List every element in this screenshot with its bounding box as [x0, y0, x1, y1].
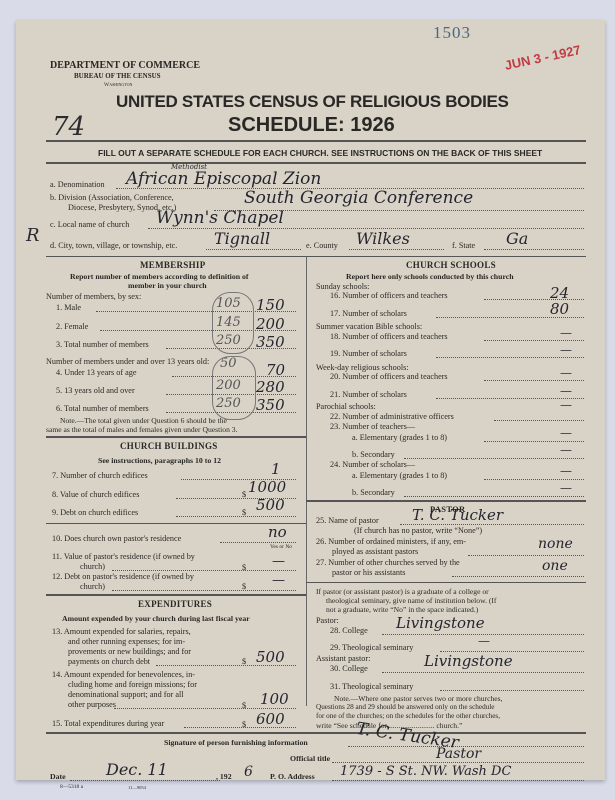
- schools-heading: CHURCH SCHOOLS: [406, 260, 496, 270]
- local-name-field[interactable]: Wynn's Chapel: [156, 208, 284, 228]
- received-date-stamp: JUN 3 - 1927: [503, 42, 582, 73]
- q28-label: 28. College: [330, 626, 368, 635]
- address-line: [332, 780, 584, 781]
- circled-annotation-2: [212, 356, 256, 420]
- q19-line: [436, 357, 584, 358]
- buildings-subheading: See instructions, paragraphs 10 to 12: [98, 456, 221, 465]
- weekday-schools-label: Week-day religious schools:: [316, 363, 409, 372]
- q13-line-2: and other running expenses; for im-: [68, 637, 185, 646]
- buildings-rule: [46, 594, 306, 596]
- expenditures-heading: EXPENDITURES: [138, 599, 212, 609]
- q26-field[interactable]: none: [538, 536, 573, 552]
- membership-note-2: same as the total of males and females g…: [46, 425, 237, 434]
- membership-rule: [46, 436, 306, 438]
- q18-line: [484, 340, 584, 341]
- edifice-debt-field[interactable]: 500: [256, 496, 285, 514]
- buildings-mid-rule: [46, 523, 306, 524]
- schools-rule: [306, 500, 586, 502]
- assistant-sublabel: Assistant pastor:: [316, 654, 370, 663]
- q14-field[interactable]: 100: [260, 690, 289, 708]
- q13-line-3: provements or new buildings; and for: [68, 647, 191, 656]
- pastor-mid-rule: [306, 582, 586, 583]
- schedule-title: SCHEDULE: 1926: [228, 114, 395, 137]
- pastor-sublabel: Pastor:: [316, 616, 339, 625]
- bureau-name: BUREAU OF THE CENSUS: [74, 72, 161, 80]
- q23b-line: [404, 458, 584, 459]
- q24b-field[interactable]: —: [560, 481, 572, 495]
- q27-label-1: 27. Number of other churches served by t…: [316, 558, 460, 567]
- edifices-label: 7. Number of church edifices: [52, 471, 148, 480]
- date-field[interactable]: Dec. 11: [106, 760, 168, 779]
- q30-field[interactable]: Livingstone: [424, 652, 513, 670]
- q13-line-4: payments on church debt: [68, 657, 150, 666]
- city-label: d. City, town, village, or township, etc…: [50, 241, 177, 250]
- circled-annotation-1: [212, 292, 254, 354]
- residence-debt-label: 12. Debt on pastor's residence (if owned…: [52, 572, 194, 581]
- q20-label: 20. Number of officers and teachers: [330, 372, 448, 381]
- q24b-label: b. Secondary: [352, 488, 395, 497]
- total-members-field[interactable]: 350: [256, 333, 285, 351]
- q14-line: [114, 708, 296, 709]
- q25-hint: (If church has no pastor, write “None”): [354, 526, 482, 535]
- q23b-field[interactable]: —: [560, 443, 572, 457]
- q21-label: 21. Number of scholars: [330, 390, 407, 399]
- total-members-label: 3. Total number of members: [56, 340, 149, 349]
- buildings-heading: CHURCH BUILDINGS: [120, 441, 218, 451]
- female-field[interactable]: 200: [256, 315, 285, 333]
- identity-rule: [46, 256, 586, 257]
- q24b-line: [404, 496, 584, 497]
- division-field[interactable]: South Georgia Conference: [244, 188, 473, 208]
- banner-rule: [46, 162, 586, 164]
- sunday-schools-label: Sunday schools:: [316, 282, 369, 291]
- pastor-name-field[interactable]: T. C. Tucker: [412, 506, 503, 524]
- q23-label: 23. Number of teachers—: [330, 422, 415, 431]
- q24a-field[interactable]: —: [560, 464, 572, 478]
- address-label: P. O. Address: [270, 772, 315, 781]
- q14-line-4: other purposes: [68, 700, 116, 709]
- membership-subheading-2: member in your church: [128, 281, 207, 290]
- q15-label: 15. Total expenditures during year: [52, 719, 164, 728]
- official-title-field[interactable]: Pastor: [436, 746, 481, 762]
- margin-number-mark: 74: [52, 112, 85, 142]
- q19-field[interactable]: —: [560, 343, 572, 357]
- q23b-label: b. Secondary: [352, 450, 395, 459]
- membership-subheading-1: Report number of members according to de…: [70, 272, 249, 281]
- state-label: f. State: [452, 241, 475, 250]
- q27-field[interactable]: one: [542, 558, 568, 574]
- q20-field[interactable]: —: [560, 366, 572, 380]
- q25-label: 25. Name of pastor: [316, 516, 379, 525]
- edifice-value-label: 8. Value of church edifices: [52, 490, 139, 499]
- parochial-schools-label: Parochial schools:: [316, 402, 376, 411]
- over13-label: 5. 13 years old and over: [56, 386, 135, 395]
- residence-debt-label-2: church): [80, 582, 105, 591]
- q25-line: [400, 524, 584, 525]
- form-code: 8—5318 a: [60, 784, 83, 790]
- residence-value-line: [112, 570, 296, 571]
- q24-label: 24. Number of scholars—: [330, 460, 415, 469]
- q27-line: [452, 576, 584, 577]
- q26-label-1: 26. Number of ordained ministers, if any…: [316, 537, 466, 546]
- under13-label: 4. Under 13 years of age: [56, 368, 136, 377]
- q19-label: 19. Number of scholars: [330, 349, 407, 358]
- summer-schools-label: Summer vacation Bible schools:: [316, 322, 422, 331]
- age-label: Number of members under and over 13 year…: [46, 357, 209, 366]
- official-title-line: [332, 762, 584, 763]
- state-line: [484, 249, 584, 250]
- city-name: Washington: [104, 82, 132, 88]
- q28-field[interactable]: Livingstone: [396, 614, 485, 632]
- local-name-label: c. Local name of church: [50, 220, 129, 229]
- q18-field[interactable]: —: [560, 326, 572, 340]
- membership-note-1: Note.—The total given under Question 6 s…: [60, 416, 227, 425]
- over13-field[interactable]: 280: [256, 378, 285, 396]
- signature-label: Signature of person furnishing informati…: [164, 738, 308, 747]
- q14-line-3: denominational support; and for all: [68, 690, 184, 699]
- address-field[interactable]: 1739 - S St. NW. Wash DC: [340, 764, 511, 779]
- q23a-line: [484, 441, 584, 442]
- q27-label-2: pastor or his assistants: [332, 568, 405, 577]
- expenditures-subheading: Amount expended by your church during la…: [62, 614, 250, 623]
- q17-field[interactable]: 80: [550, 300, 569, 318]
- q30-label: 30. College: [330, 664, 368, 673]
- residence-value-field[interactable]: —: [272, 554, 285, 569]
- q15-field[interactable]: 600: [256, 710, 285, 728]
- total-members-age-field[interactable]: 350: [256, 396, 285, 414]
- margin-letter-mark: R: [26, 225, 40, 246]
- department-name: DEPARTMENT OF COMMERCE: [50, 60, 200, 71]
- membership-heading: MEMBERSHIP: [140, 260, 206, 270]
- q22-line: [494, 420, 584, 421]
- q29-field[interactable]: —: [478, 634, 490, 648]
- denomination-label: a. Denomination: [50, 180, 105, 189]
- year-digit-field[interactable]: 6: [244, 764, 253, 780]
- q16-label: 16. Number of officers and teachers: [330, 291, 448, 300]
- print-code: 11—9054: [128, 785, 146, 790]
- official-title-label: Official title: [290, 754, 330, 763]
- q24a-line: [484, 479, 584, 480]
- date-label: Date: [50, 772, 66, 781]
- q31-label: 31. Theological seminary: [330, 682, 413, 691]
- state-field[interactable]: Ga: [506, 229, 528, 248]
- q22-label: 22. Number of administrative officers: [330, 412, 454, 421]
- q30-line: [382, 672, 584, 673]
- male-label: 1. Male: [56, 303, 81, 312]
- q13-field[interactable]: 500: [256, 648, 285, 666]
- graduate-note-1: If pastor (or assistant pastor) is a gra…: [316, 587, 489, 596]
- column-divider: [306, 256, 307, 706]
- graduate-note-2: theological seminary, give name of insti…: [326, 596, 496, 605]
- q18-label: 18. Number of officers and teachers: [330, 332, 448, 341]
- county-label: e. County: [306, 241, 338, 250]
- q29-label: 29. Theological seminary: [330, 643, 413, 652]
- edifice-debt-line: [176, 516, 296, 517]
- graduate-note-3: not a graduate, write “No” in the space …: [326, 605, 478, 614]
- residence-value-label-2: church): [80, 562, 105, 571]
- instruction-banner: FILL OUT A SEPARATE SCHEDULE FOR EACH CH…: [98, 148, 542, 158]
- by-sex-label: Number of members, by sex:: [46, 292, 141, 301]
- pastor-note-2: Questions 28 and 29 should be answered o…: [316, 703, 494, 712]
- residence-debt-line: [112, 590, 296, 591]
- date-line: [70, 780, 220, 781]
- q26-label-2: ployed as assistant pastors: [332, 547, 418, 556]
- denomination-field[interactable]: African Episcopal Zion: [126, 169, 321, 189]
- q26-line: [468, 555, 584, 556]
- pastor-note-3: for one of the churches; on the schedule…: [316, 712, 500, 721]
- city-field[interactable]: Tignall: [214, 229, 270, 248]
- q24a-label: a. Elementary (grades 1 to 8): [352, 471, 447, 480]
- edifice-debt-label: 9. Debt on church edifices: [52, 508, 138, 517]
- q23a-label: a. Elementary (grades 1 to 8): [352, 433, 447, 442]
- year-prefix: , 192: [216, 772, 232, 781]
- q22-field[interactable]: —: [560, 398, 572, 412]
- male-field[interactable]: 150: [256, 296, 285, 314]
- pastor-note-1: Note.—Where one pastor serves two or mor…: [334, 694, 502, 703]
- q13-line-1: 13. Amount expended for salaries, repair…: [52, 627, 191, 636]
- residence-value-label: 11. Value of pastor's residence (if owne…: [52, 552, 195, 561]
- schools-subheading: Report here only schools conducted by th…: [346, 272, 514, 281]
- residence-line: [220, 542, 296, 543]
- yes-no-hint: Yes or No: [270, 544, 292, 550]
- q23a-field[interactable]: —: [560, 426, 572, 440]
- sections-bottom-rule: [46, 732, 586, 734]
- edifice-value-field[interactable]: 1000: [248, 478, 286, 496]
- under13-field[interactable]: 70: [266, 361, 285, 379]
- residence-field[interactable]: no: [268, 523, 287, 541]
- form-title: UNITED STATES CENSUS OF RELIGIOUS BODIES: [116, 92, 509, 112]
- residence-label: 10. Does church own pastor's residence: [52, 534, 181, 543]
- q31-line: [440, 690, 584, 691]
- edifices-field[interactable]: 1: [271, 460, 281, 478]
- county-line: [349, 249, 444, 250]
- q14-line-2: cluding home and foreign missions; for: [68, 680, 197, 689]
- census-schedule-sheet: 1503 JUN 3 - 1927 DEPARTMENT OF COMMERCE…: [16, 20, 605, 780]
- q21-field[interactable]: —: [560, 384, 572, 398]
- form-number: 1503: [433, 23, 471, 43]
- city-line: [206, 249, 301, 250]
- header-rule: [46, 140, 586, 142]
- residence-debt-field[interactable]: —: [272, 573, 285, 588]
- q17-label: 17. Number of scholars: [330, 309, 407, 318]
- q14-line-1: 14. Amount expended for benevolences, in…: [52, 670, 195, 679]
- q20-line: [484, 380, 584, 381]
- division-label: b. Division (Association, Conference,: [50, 193, 174, 202]
- female-label: 2. Female: [56, 322, 88, 331]
- total-members-age-label: 6. Total number of members: [56, 404, 149, 413]
- county-field[interactable]: Wilkes: [356, 229, 410, 248]
